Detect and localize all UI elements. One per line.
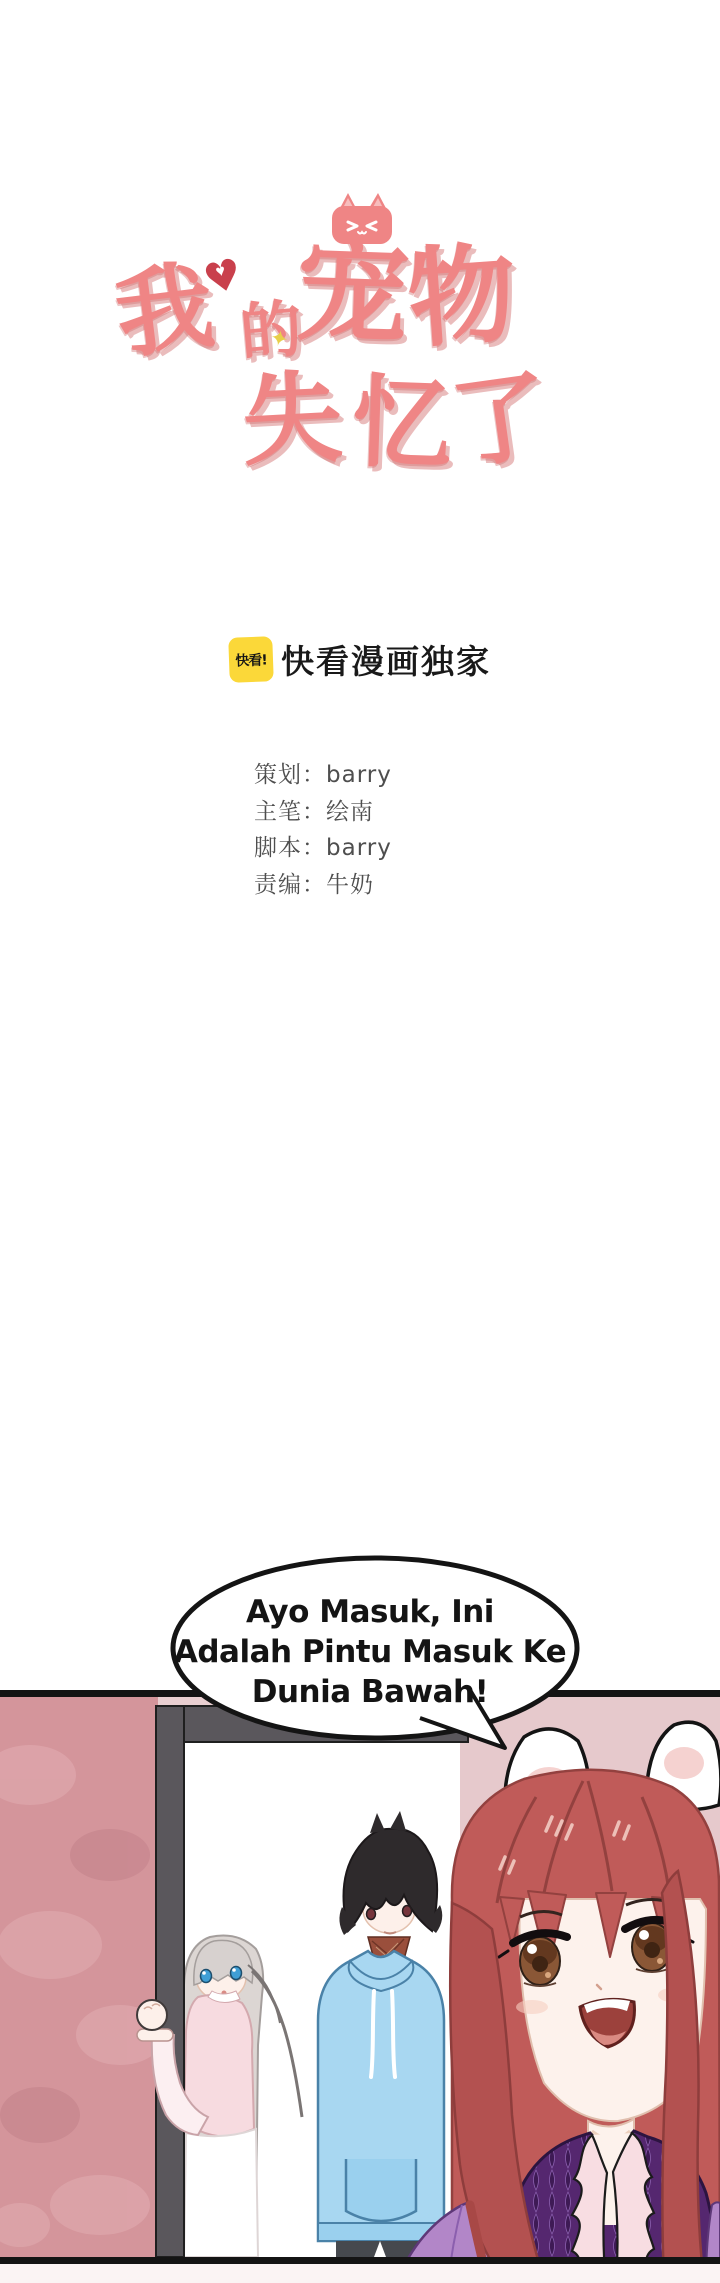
title-char-yi: 忆 bbox=[350, 372, 453, 475]
publisher-label: 快看漫画独家 bbox=[281, 636, 491, 683]
girl-fist bbox=[137, 2000, 167, 2030]
speech-text: Ayo Masuk, Ini Adalah Pintu Masuk Ke Dun… bbox=[160, 1592, 580, 1712]
hood-drawstring bbox=[392, 1991, 395, 2077]
speech-text-line-1: Ayo Masuk, Ini bbox=[160, 1592, 580, 1632]
speech-bubble: Ayo Masuk, Ini Adalah Pintu Masuk Ke Dun… bbox=[150, 1548, 590, 1763]
girl-right-eye bbox=[231, 1967, 242, 1980]
boy-left-eye bbox=[367, 1909, 376, 1920]
title-char-le: 了 bbox=[446, 366, 556, 476]
wall-left-textured bbox=[0, 1697, 164, 2257]
girl-left-eye bbox=[201, 1970, 212, 1983]
speech-text-line-3: Dunia Bawah! bbox=[160, 1672, 580, 1712]
below-panel-strip bbox=[0, 2264, 720, 2283]
comic-page: 我 ♥ ♥ 的 宠 物 失 忆 了 ✦ 快看! 快看漫画独家 策划：barry … bbox=[0, 0, 720, 2283]
title-cat-icon bbox=[330, 190, 394, 248]
comic-panel bbox=[0, 1685, 720, 2283]
publisher-row: 快看! 快看漫画独家 bbox=[0, 636, 720, 683]
girl-white-skirt bbox=[184, 2129, 258, 2257]
credits-list: 策划：barry 主笔：绘南 脚本：barry 责编：牛奶 bbox=[254, 757, 392, 903]
title-char-chong: 宠 bbox=[294, 234, 411, 351]
door-frame-side bbox=[156, 1706, 184, 2257]
credit-line-artist: 主笔：绘南 bbox=[254, 794, 392, 831]
credit-line-editor: 责编：牛奶 bbox=[254, 867, 392, 904]
hood-drawstring bbox=[371, 1991, 374, 2077]
title-logo: 我 ♥ ♥ 的 宠 物 失 忆 了 ✦ bbox=[0, 0, 720, 520]
boy-right-eye bbox=[403, 1906, 412, 1917]
kuaikan-badge-icon: 快看! bbox=[228, 636, 274, 683]
credit-line-planner: 策划：barry bbox=[254, 757, 392, 794]
title-char-wu: 物 bbox=[404, 240, 519, 355]
credit-line-script: 脚本：barry bbox=[254, 830, 392, 867]
title-char-shi: 失 bbox=[239, 367, 344, 472]
panel-border-bottom bbox=[0, 2257, 720, 2264]
sleeve-cuff bbox=[137, 2029, 173, 2041]
hoodie-pocket bbox=[346, 2159, 416, 2221]
speech-text-line-2: Adalah Pintu Masuk Ke bbox=[160, 1632, 580, 1672]
